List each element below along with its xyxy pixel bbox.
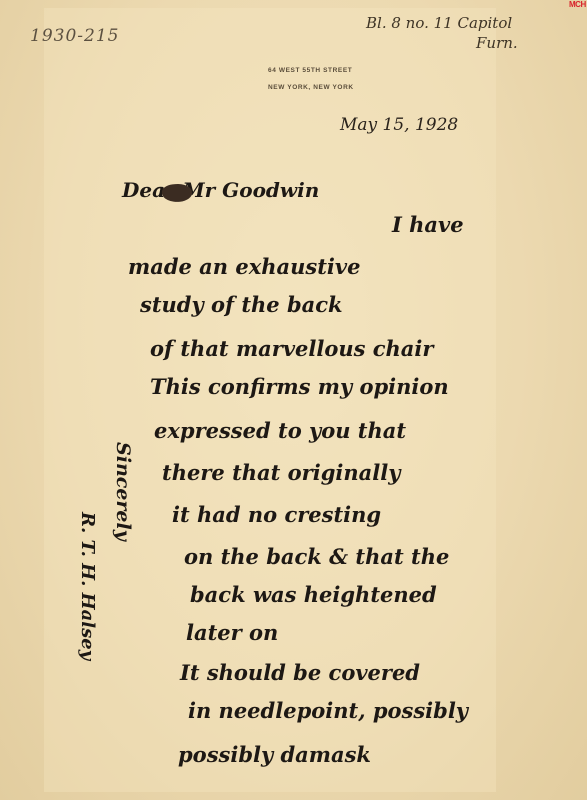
- body-line: I have: [392, 212, 464, 237]
- salutation: Dear Mr Goodwin: [122, 178, 319, 202]
- archival-annotation: Bl. 8 no. 11 Capitol Furn.: [366, 13, 518, 53]
- body-line: in needlepoint, possibly: [188, 698, 468, 723]
- body-line: It should be covered: [180, 660, 420, 685]
- letter-paper: 1930-215 Bl. 8 no. 11 Capitol Furn. MCH …: [0, 0, 587, 800]
- body-line: it had no cresting: [172, 502, 381, 527]
- body-line: on the back & that the: [184, 544, 449, 569]
- red-stamp-fragment: MCH: [569, 0, 587, 10]
- letterhead: 64 West 55th Street New York, New York: [268, 62, 354, 96]
- body-line: study of the back: [140, 292, 343, 317]
- letter-date: May 15, 1928: [340, 115, 458, 135]
- signature: R. T. H. Halsey: [77, 512, 98, 660]
- body-line: there that originally: [162, 460, 400, 485]
- body-line: of that marvellous chair: [150, 336, 433, 361]
- accession-number: 1930-215: [30, 26, 119, 46]
- body-line: possibly damask: [178, 742, 371, 767]
- body-line: later on: [186, 620, 278, 645]
- letterhead-street: 64 West 55th Street: [268, 62, 354, 79]
- annotation-line-1: Bl. 8 no. 11 Capitol: [366, 13, 518, 33]
- letterhead-city: New York, New York: [268, 79, 354, 96]
- body-line: expressed to you that: [154, 418, 406, 443]
- body-line: made an exhaustive: [128, 254, 360, 279]
- closing-sincerely: Sincerely: [112, 442, 134, 541]
- body-line: This confirms my opinion: [150, 374, 449, 399]
- annotation-line-2: Furn.: [366, 33, 518, 53]
- body-line: back was heightened: [190, 582, 437, 607]
